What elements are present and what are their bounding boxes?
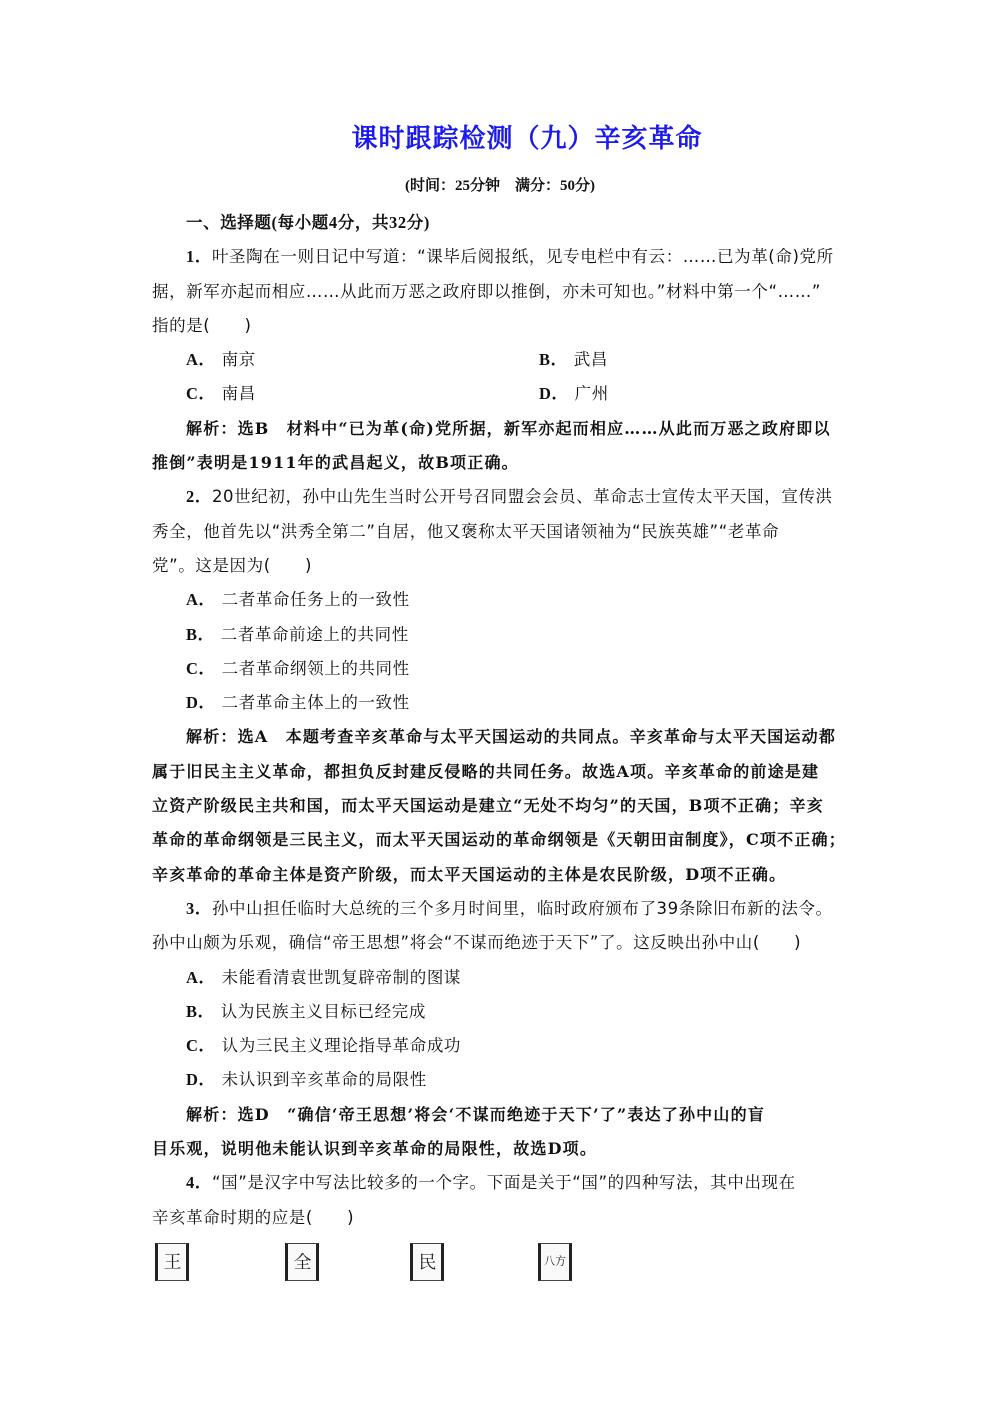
option-text: 认为三民主义理论指导革命成功 xyxy=(222,1036,461,1055)
analysis-line: 解析：选B 材料中“已为革(命)党所据，新军亦起而相应……从此而万恶之政府即以 xyxy=(152,412,858,446)
option-c[interactable]: C．南昌 xyxy=(152,377,505,411)
option-text: 二者革命前途上的共同性 xyxy=(221,625,409,644)
document-body: 一、选择题(每小题4分，共32分) 1．叶圣陶在一则日记中写道：“课毕后阅报纸，… xyxy=(152,206,858,1235)
option-letter: A． xyxy=(186,350,216,369)
question-number: 3． xyxy=(186,899,212,918)
option-letter: D． xyxy=(186,1070,216,1089)
section-title: 一、选择题 xyxy=(186,213,272,232)
analysis-line: 解析：选D “确信‘帝王思想’将会‘不谋而绝迹于天下’了”表达了孙中山的盲 xyxy=(152,1098,858,1132)
analysis-line: 目乐观，说明他未能认识到辛亥革命的局限性，故选D项。 xyxy=(152,1132,858,1166)
option-letter: B． xyxy=(186,625,215,644)
option-letter: A． xyxy=(186,968,216,987)
analysis-label: 解析： xyxy=(186,727,238,746)
option-letter: B． xyxy=(186,1002,215,1021)
glyph-inner-char: 民 xyxy=(418,1247,436,1278)
analysis-label: 解析： xyxy=(186,1105,238,1124)
option-text: 未认识到辛亥革命的局限性 xyxy=(222,1070,427,1089)
section-scoring: (每小题4分，共32分) xyxy=(272,213,430,232)
option-text: 二者革命主体上的一致性 xyxy=(222,693,410,712)
analysis-line: 辛亥革命的革命主体是资产阶级，而太平天国运动的主体是农民阶级，D项不正确。 xyxy=(152,858,858,892)
question-stem-line: 秀全，他首先以“洪秀全第二”自居，他又褒称太平天国诸领袖为“民族英雄”“老革命 xyxy=(152,515,858,549)
option-row: C．南昌 D．广州 xyxy=(152,377,858,411)
stem-text: 孙中山担任临时大总统的三个多月时间里，临时政府颁布了39条除旧布新的法令。 xyxy=(212,899,833,918)
question-2: 2．20世纪初，孙中山先生当时公开号召同盟会会员、革命志士宣传太平天国，宣传洪 … xyxy=(152,480,858,892)
option-text: 广州 xyxy=(575,384,609,403)
question-1: 1．叶圣陶在一则日记中写道：“课毕后阅报纸，见专电栏中有云：……已为革(命)党所… xyxy=(152,240,858,480)
option-text: 二者革命纲领上的共同性 xyxy=(222,659,410,678)
option-b[interactable]: B．武昌 xyxy=(505,343,858,377)
analysis-line: 立资产阶级民主共和国，而太平天国运动是建立“无处不均匀”的天国，B项不正确；辛亥 xyxy=(152,789,858,823)
stem-text: 20世纪初，孙中山先生当时公开号召同盟会会员、革命志士宣传太平天国，宣传洪 xyxy=(212,487,833,506)
analysis-line: 革命的革命纲领是三民主义，而太平天国运动的革命纲领是《天朝田亩制度》，C项不正确… xyxy=(152,823,858,857)
question-stem-line: 4．“国”是汉字中写法比较多的一个字。下面是关于“国”的四种写法，其中出现在 xyxy=(152,1166,858,1200)
section-heading: 一、选择题(每小题4分，共32分) xyxy=(152,206,858,240)
question-stem-line: 据，新军亦起而相应……从此而万恶之政府即以推倒，亦未可知也。”材料中第一个“……… xyxy=(152,275,858,309)
question-stem-line: 指的是( ) xyxy=(152,309,858,343)
option-c[interactable]: C．认为三民主义理论指导革命成功 xyxy=(152,1029,858,1063)
variant-glyph-quan-icon: 全 xyxy=(285,1243,319,1281)
glyph-inner-char: 王 xyxy=(163,1247,181,1278)
variant-glyph-min-icon: 民 xyxy=(410,1243,444,1281)
option-b[interactable]: B．认为民族主义目标已经完成 xyxy=(152,995,858,1029)
document-page: 课时跟踪检测（九）辛亥革命 (时间：25分钟 满分：50分) 一、选择题(每小题… xyxy=(0,0,1000,1414)
question-3: 3．孙中山担任临时大总统的三个多月时间里，临时政府颁布了39条除旧布新的法令。 … xyxy=(152,892,858,1166)
option-text: 南昌 xyxy=(222,384,256,403)
option-c[interactable]: C．二者革命纲领上的共同性 xyxy=(152,652,858,686)
question-stem-line: 2．20世纪初，孙中山先生当时公开号召同盟会会员、革命志士宣传太平天国，宣传洪 xyxy=(152,480,858,514)
option-text: 认为民族主义目标已经完成 xyxy=(221,1002,426,1021)
question-4: 4．“国”是汉字中写法比较多的一个字。下面是关于“国”的四种写法，其中出现在 辛… xyxy=(152,1166,858,1235)
option-text: 未能看清袁世凯复辟帝制的图谋 xyxy=(222,968,461,987)
option-b[interactable]: B．二者革命前途上的共同性 xyxy=(152,618,858,652)
variant-glyph-bafang-icon: 八方 xyxy=(538,1243,572,1281)
option-letter: D． xyxy=(186,693,216,712)
option-text: 武昌 xyxy=(574,350,608,369)
question-stem-line: 3．孙中山担任临时大总统的三个多月时间里，临时政府颁布了39条除旧布新的法令。 xyxy=(152,892,858,926)
analysis-line: 属于旧民主主义革命，都担负反封建反侵略的共同任务。故选A项。辛亥革命的前途是建 xyxy=(152,755,858,789)
question-stem-line: 孙中山颇为乐观，确信“帝王思想”将会“不谋而绝迹于天下”了。这反映出孙中山( ) xyxy=(152,926,858,960)
option-d[interactable]: D．广州 xyxy=(505,377,858,411)
analysis-label: 解析： xyxy=(186,419,238,438)
option-letter: C． xyxy=(186,659,216,678)
option-text: 二者革命任务上的一致性 xyxy=(222,590,410,609)
variant-glyph-wang-icon: 王 xyxy=(155,1243,189,1281)
stem-text: “国”是汉字中写法比较多的一个字。下面是关于“国”的四种写法，其中出现在 xyxy=(212,1173,796,1192)
page-title: 课时跟踪检测（九）辛亥革命 xyxy=(0,118,1000,155)
glyph-inner-char: 八方 xyxy=(544,1247,566,1278)
option-row: A．南京 B．武昌 xyxy=(152,343,858,377)
option-a[interactable]: A．未能看清袁世凯复辟帝制的图谋 xyxy=(152,961,858,995)
question-number: 1． xyxy=(186,247,212,266)
option-letter: A． xyxy=(186,590,216,609)
analysis-line: 推倒”表明是1911年的武昌起义，故B项正确。 xyxy=(152,446,858,480)
option-a[interactable]: A．二者革命任务上的一致性 xyxy=(152,583,858,617)
question-stem-line: 辛亥革命时期的应是( ) xyxy=(152,1201,858,1235)
option-letter: C． xyxy=(186,384,216,403)
glyph-inner-char: 全 xyxy=(293,1247,311,1278)
question-number: 2． xyxy=(186,487,212,506)
character-variants-row: 王 全 民 八方 xyxy=(152,1243,612,1287)
option-d[interactable]: D．未认识到辛亥革命的局限性 xyxy=(152,1063,858,1097)
option-text: 南京 xyxy=(222,350,256,369)
question-stem-line: 1．叶圣陶在一则日记中写道：“课毕后阅报纸，见专电栏中有云：……已为革(命)党所 xyxy=(152,240,858,274)
time-score-info: (时间：25分钟 满分：50分) xyxy=(0,174,1000,195)
question-stem-line: 党”。这是因为( ) xyxy=(152,549,858,583)
option-letter: D． xyxy=(539,384,569,403)
stem-text: 叶圣陶在一则日记中写道：“课毕后阅报纸，见专电栏中有云：……已为革(命)党所 xyxy=(212,247,834,266)
option-d[interactable]: D．二者革命主体上的一致性 xyxy=(152,686,858,720)
analysis-text: 选A 本题考查辛亥革命与太平天国运动的共同点。辛亥革命与太平天国运动都 xyxy=(238,727,836,746)
analysis-line: 解析：选A 本题考查辛亥革命与太平天国运动的共同点。辛亥革命与太平天国运动都 xyxy=(152,720,858,754)
question-number: 4． xyxy=(186,1173,212,1192)
analysis-text: 选D “确信‘帝王思想’将会‘不谋而绝迹于天下’了”表达了孙中山的盲 xyxy=(238,1105,765,1124)
option-letter: C． xyxy=(186,1036,216,1055)
option-letter: B． xyxy=(539,350,568,369)
analysis-text: 选B 材料中“已为革(命)党所据，新军亦起而相应……从此而万恶之政府即以 xyxy=(238,419,831,438)
option-a[interactable]: A．南京 xyxy=(152,343,505,377)
